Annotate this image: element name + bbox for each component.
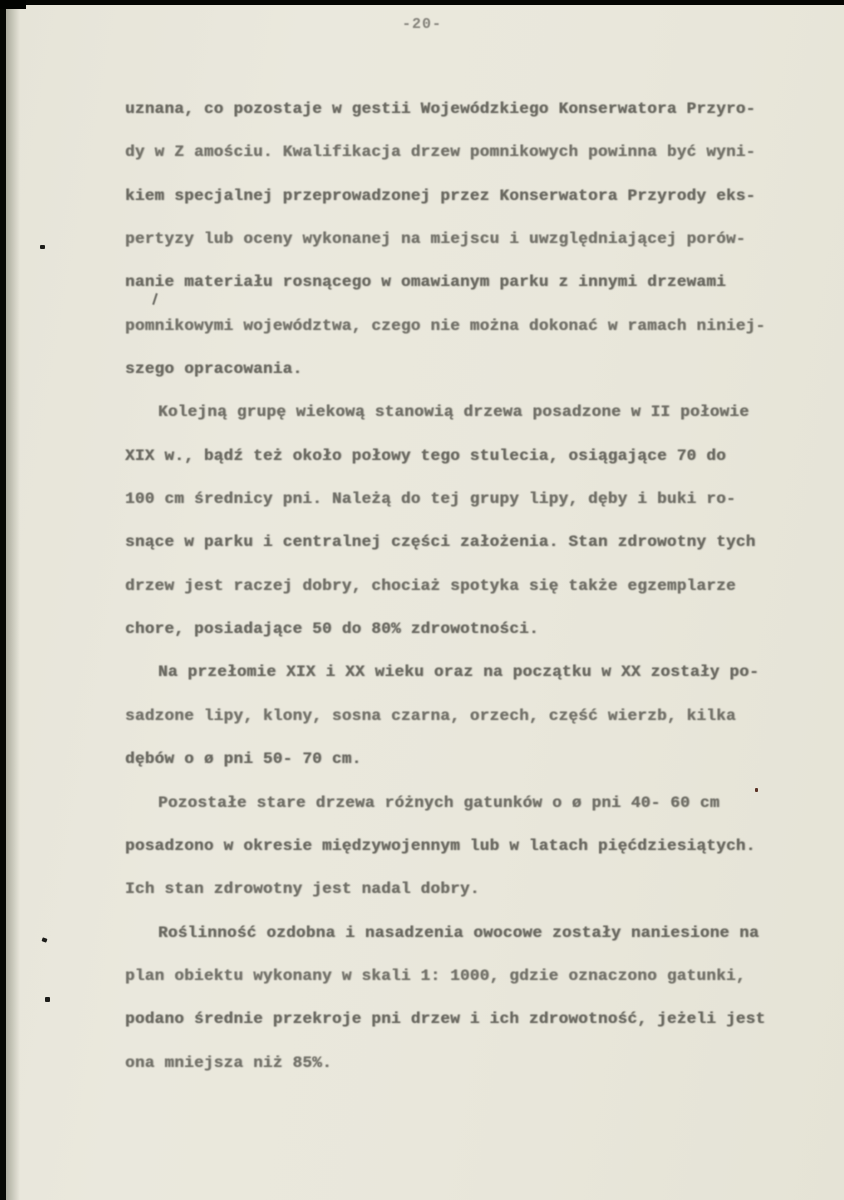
- text-line: ona mniejsza niż 85%.: [125, 1042, 765, 1085]
- scan-edge-corner: [0, 0, 26, 9]
- paragraph: Na przełomie XIX i XX wieku oraz na pocz…: [125, 651, 765, 781]
- text-line: drzew jest raczej dobry, chociaż spotyka…: [125, 565, 765, 608]
- text-line: nanie materiału rosnącego w omawianym pa…: [125, 261, 765, 304]
- document-page: -20- uznana, co pozostaje w gestii Wojew…: [0, 0, 844, 1200]
- text-line: snące w parku i centralnej części założe…: [125, 521, 765, 564]
- text-line: Roślinność ozdobna i nasadzenia owocowe …: [125, 912, 765, 955]
- text-line: XIX w., bądź też około połowy tego stule…: [125, 435, 765, 478]
- text-line: sadzone lipy, klony, sosna czarna, orzec…: [125, 695, 765, 738]
- text-line: Na przełomie XIX i XX wieku oraz na pocz…: [125, 651, 765, 694]
- text-line: Ich stan zdrowotny jest nadal dobry.: [125, 868, 765, 911]
- scan-speck: [45, 997, 50, 1002]
- text-line: Kolejną grupę wiekową stanowią drzewa po…: [125, 391, 765, 434]
- text-line: podano średnie przekroje pni drzew i ich…: [125, 998, 765, 1041]
- scan-speck: [40, 245, 45, 249]
- page-number: -20-: [0, 16, 844, 33]
- paragraph: Pozostałe stare drzewa różnych gatunków …: [125, 782, 765, 912]
- scan-speck: [755, 788, 758, 792]
- text-line: dy w Z amościu. Kwalifikacja drzew pomni…: [125, 131, 765, 174]
- text-line: kiem specjalnej przeprowadzonej przez Ko…: [125, 175, 765, 218]
- text-line: uznana, co pozostaje w gestii Wojewódzki…: [125, 88, 765, 131]
- scan-edge-top: [0, 0, 844, 5]
- text-line: pomnikowymi województwa, czego nie można…: [125, 305, 765, 348]
- text-line: 100 cm średnicy pni. Należą do tej grupy…: [125, 478, 765, 521]
- paragraph: Roślinność ozdobna i nasadzenia owocowe …: [125, 912, 765, 1085]
- text-line: szego opracowania.: [125, 348, 765, 391]
- typewritten-text: uznana, co pozostaje w gestii Wojewódzki…: [125, 88, 765, 1085]
- text-line: Pozostałe stare drzewa różnych gatunków …: [125, 782, 765, 825]
- text-line: plan obiektu wykonany w skali 1: 1000, g…: [125, 955, 765, 998]
- text-line: dębów o ø pni 50- 70 cm.: [125, 738, 765, 781]
- paragraph: Kolejną grupę wiekową stanowią drzewa po…: [125, 391, 765, 651]
- text-line: pertyzy lub oceny wykonanej na miejscu i…: [125, 218, 765, 261]
- text-line: chore, posiadające 50 do 80% zdrowotnośc…: [125, 608, 765, 651]
- paragraph: uznana, co pozostaje w gestii Wojewódzki…: [125, 88, 765, 391]
- text-line: posadzono w okresie międzywojennym lub w…: [125, 825, 765, 868]
- scan-speck: [41, 937, 47, 942]
- scan-edge-shade: [6, 0, 20, 1200]
